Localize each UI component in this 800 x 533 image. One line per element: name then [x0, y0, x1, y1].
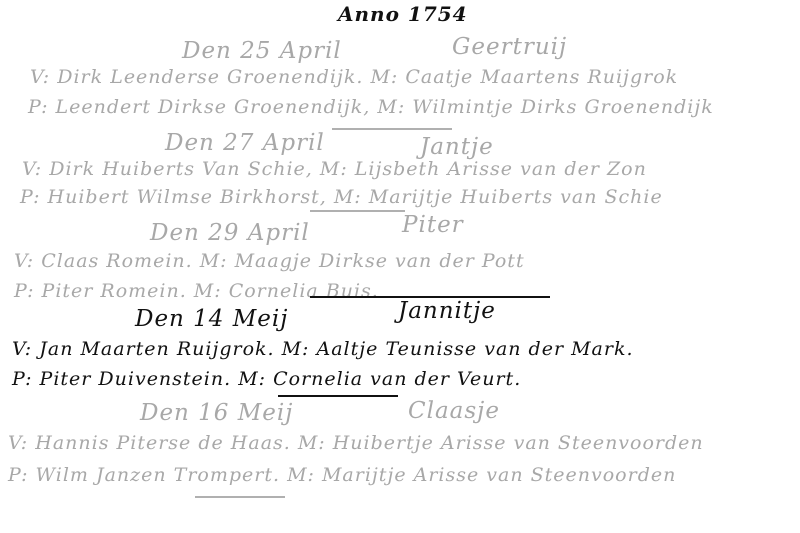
entry-1-date: Den 25 April: [182, 38, 342, 64]
entry-2-witnesses: P: Huibert Wilmse Birkhorst, M: Marijtje…: [20, 186, 663, 208]
year-heading: Anno 1754: [338, 2, 468, 26]
divider: [278, 395, 398, 397]
entry-3-parents: V: Claas Romein. M: Maagje Dirkse van de…: [14, 250, 525, 272]
entry-2-date: Den 27 April: [165, 130, 325, 156]
entry-5-child: Claasje: [408, 398, 500, 424]
entry-3-date: Den 29 April: [150, 220, 310, 246]
entry-2-child: Jantje: [420, 134, 494, 160]
divider: [332, 128, 452, 130]
entry-4-parents: V: Jan Maarten Ruijgrok. M: Aaltje Teuni…: [12, 338, 634, 360]
entry-4-date: Den 14 Meij: [135, 306, 288, 332]
entry-5-date: Den 16 Meij: [140, 400, 293, 426]
entry-3-witnesses: P: Piter Romein. M: Cornelia Buis.: [14, 280, 379, 302]
divider: [310, 210, 405, 212]
register-page: Anno 1754 Den 25 April Geertruij V: Dirk…: [0, 0, 800, 533]
entry-2-parents: V: Dirk Huiberts Van Schie, M: Lijsbeth …: [22, 158, 647, 180]
entry-1-witnesses: P: Leendert Dirkse Groenendijk, M: Wilmi…: [28, 96, 714, 118]
entry-5-witnesses: P: Wilm Janzen Trompert. M: Marijtje Ari…: [8, 464, 676, 486]
entry-4-witnesses: P: Piter Duivenstein. M: Cornelia van de…: [12, 368, 521, 390]
entry-3-child: Piter: [402, 212, 464, 238]
entry-5-parents: V: Hannis Piterse de Haas. M: Huibertje …: [8, 432, 704, 454]
entry-1-parents: V: Dirk Leenderse Groenendijk. M: Caatje…: [30, 66, 678, 88]
entry-4-child: Jannitje: [398, 298, 496, 324]
entry-1-child: Geertruij: [452, 34, 567, 60]
divider: [195, 496, 285, 498]
